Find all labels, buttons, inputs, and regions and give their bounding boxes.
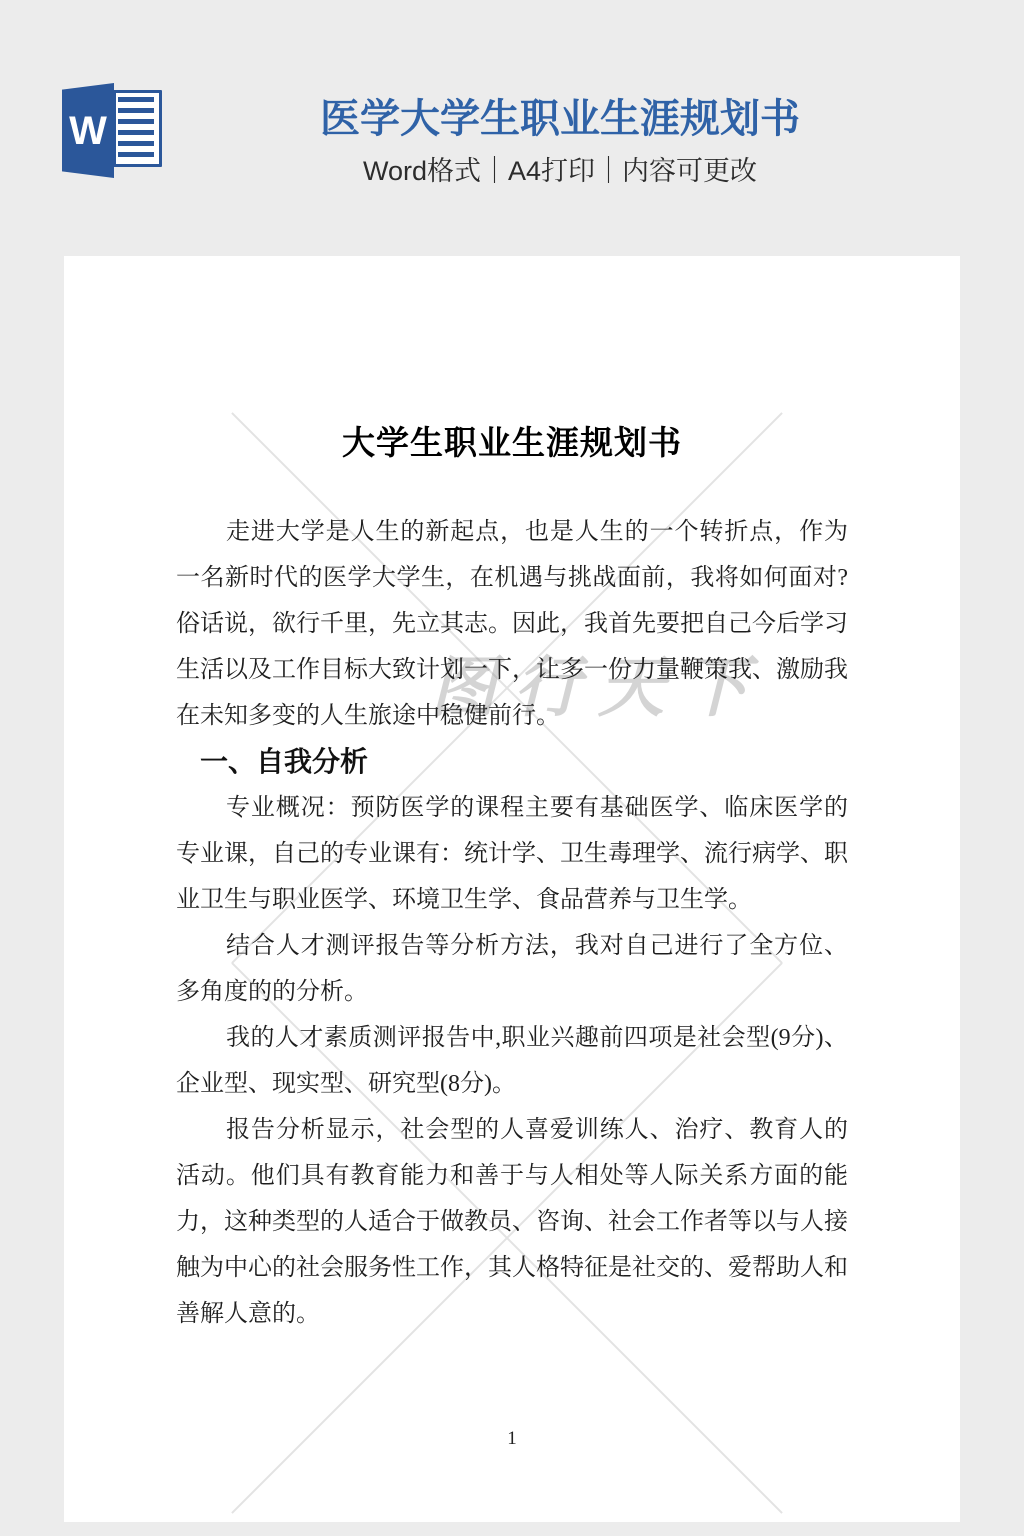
template-subtitle: Word格式｜A4打印｜内容可更改 bbox=[160, 155, 960, 187]
document-title: 大学生职业生涯规划书 bbox=[176, 418, 848, 468]
word-sheet-lines-icon bbox=[118, 97, 154, 160]
document-page: 图行天下 大学生职业生涯规划书 走进大学是人生的新起点，也是人生的一个转折点，作… bbox=[64, 256, 960, 1522]
word-logo-letter: W bbox=[69, 111, 107, 151]
screenshot-root: W 医学大学生职业生涯规划书 Word格式｜A4打印｜内容可更改 图行天下 大学… bbox=[0, 0, 1024, 1536]
paragraph: 结合人才测评报告等分析方法，我对自己进行了全方位、多角度的的分析。 bbox=[176, 923, 848, 1015]
word-logo-icon: W bbox=[62, 83, 162, 178]
section-heading: 一、自我分析 bbox=[176, 739, 848, 785]
paragraph: 报告分析显示，社会型的人喜爱训练人、治疗、教育人的活动。他们具有教育能力和善于与… bbox=[176, 1107, 848, 1337]
template-title: 医学大学生职业生涯规划书 bbox=[160, 96, 960, 142]
header-text-block: 医学大学生职业生涯规划书 Word格式｜A4打印｜内容可更改 bbox=[160, 0, 960, 187]
page-content: 大学生职业生涯规划书 走进大学是人生的新起点，也是人生的一个转折点，作为一名新时… bbox=[64, 418, 960, 1337]
page-number: 1 bbox=[64, 1428, 960, 1450]
word-document-sheet-icon bbox=[113, 90, 162, 167]
paragraph: 我的人才素质测评报告中,职业兴趣前四项是社会型(9分)、企业型、现实型、研究型(… bbox=[176, 1015, 848, 1107]
paragraph: 专业概况：预防医学的课程主要有基础医学、临床医学的专业课，自己的专业课有：统计学… bbox=[176, 785, 848, 923]
word-logo-panel: W bbox=[62, 83, 114, 178]
paragraph: 走进大学是人生的新起点，也是人生的一个转折点，作为一名新时代的医学大学生，在机遇… bbox=[176, 509, 848, 739]
header: W 医学大学生职业生涯规划书 Word格式｜A4打印｜内容可更改 bbox=[0, 0, 1024, 256]
